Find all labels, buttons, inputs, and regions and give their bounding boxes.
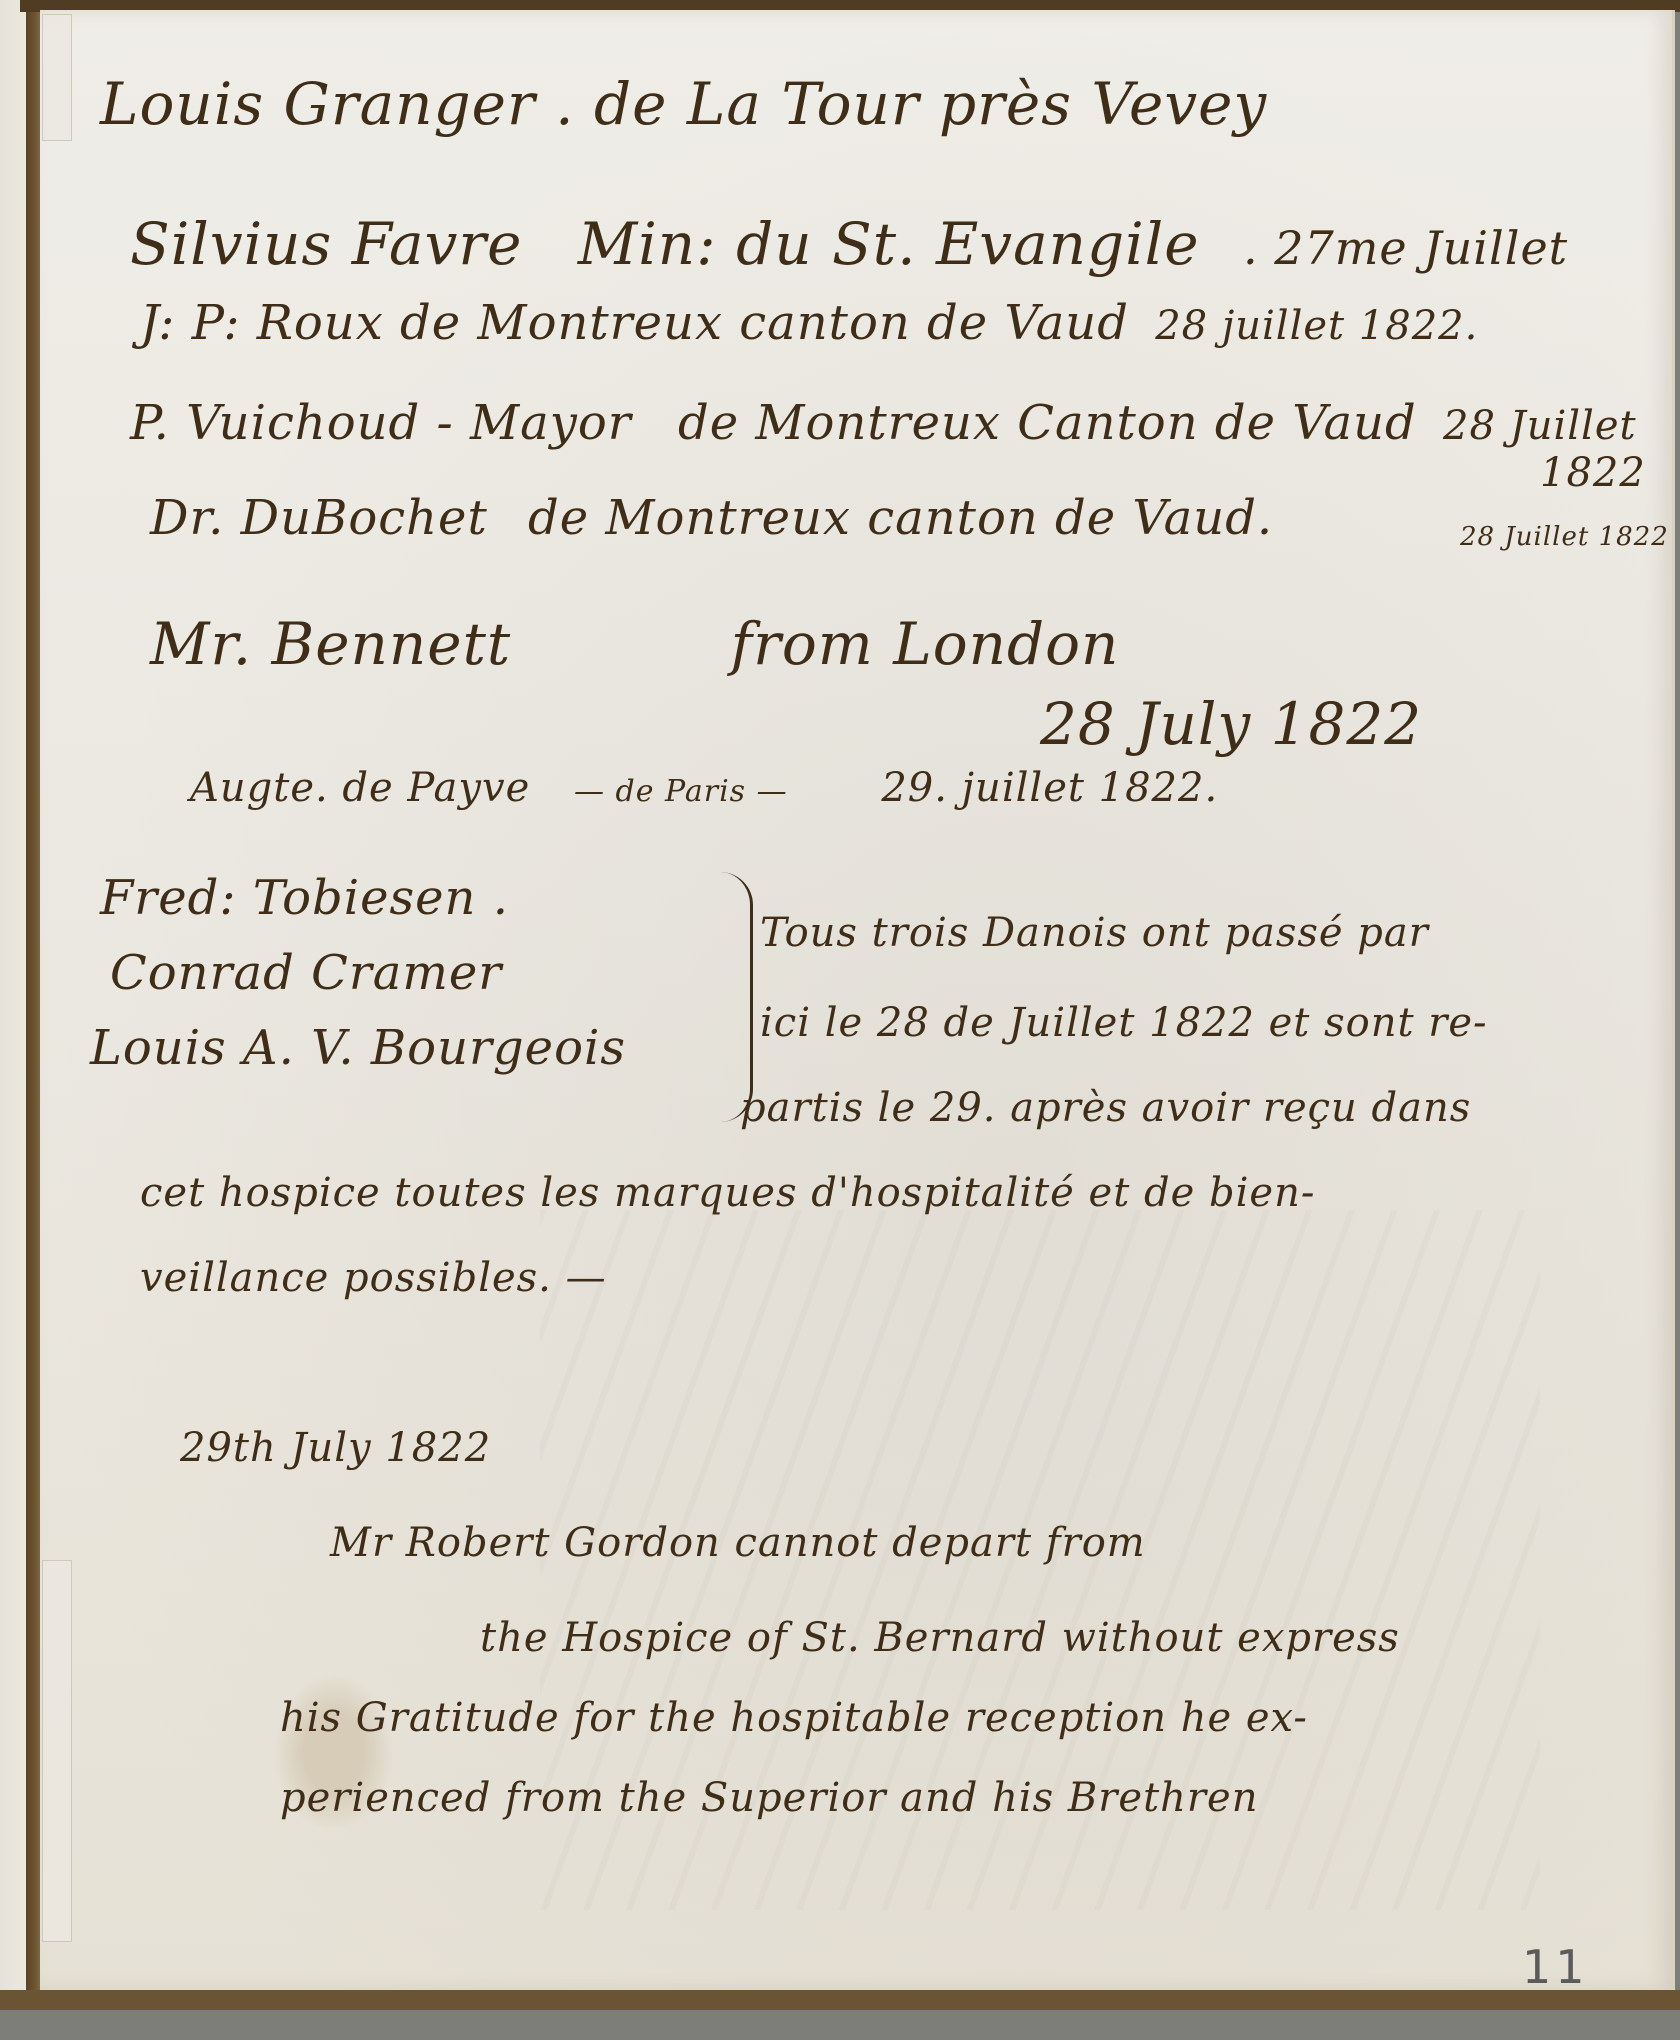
- danes-name-3: Louis A. V. Bourgeois: [90, 1020, 626, 1076]
- repair-tape-bottom: [42, 1560, 72, 1942]
- danes-note-line-4: cet hospice toutes les marques d'hospita…: [140, 1170, 1315, 1216]
- entry-name: Mr. Bennett: [150, 610, 511, 678]
- entry-detail: Min: du St. Evangile: [578, 210, 1200, 278]
- danes-name-1: Fred: Tobiesen .: [100, 870, 509, 926]
- entry-vuichoud: P. Vuichoud - Mayor de Montreux Canton d…: [130, 395, 1637, 451]
- entry-gordon-date: 29th July 1822: [180, 1425, 491, 1471]
- repair-tape-top: [42, 14, 72, 141]
- entry-name: P. Vuichoud - Mayor: [130, 395, 632, 451]
- manuscript-page: Louis Granger . de La Tour près Vevey Si…: [40, 10, 1675, 1990]
- entry-name: Silvius Favre: [130, 210, 522, 278]
- entry-detail: from London: [731, 610, 1120, 678]
- cover-edge-bottom: [0, 1990, 1680, 2010]
- danes-note-line-2: ici le 28 de Juillet 1822 et sont re-: [760, 1000, 1488, 1046]
- entry-date: 28 Juillet: [1443, 403, 1637, 449]
- gordon-line-1: Mr Robert Gordon cannot depart from: [330, 1520, 1146, 1566]
- entry-bennett: Mr. Bennett from London: [150, 610, 1119, 678]
- entry-granger: Louis Granger . de La Tour près Vevey: [100, 70, 1267, 138]
- entry-vuichoud-year: 1822: [1540, 450, 1646, 496]
- entry-payve: Augte. de Payve — de Paris — 29. juillet…: [190, 765, 1218, 811]
- entry-name: J: P: Roux: [140, 295, 384, 351]
- danes-note-line-3: partis le 29. après avoir reçu dans: [740, 1085, 1471, 1131]
- entry-name: Dr. DuBochet: [150, 490, 488, 546]
- danes-note-line-5: veillance possibles. —: [140, 1255, 607, 1301]
- entry-date: 28 juillet 1822.: [1155, 303, 1478, 349]
- gordon-line-2: the Hospice of St. Bernard without expre…: [480, 1615, 1400, 1661]
- entry-date: 29. juillet 1822.: [881, 765, 1218, 811]
- entry-detail: de Montreux Canton de Vaud: [678, 395, 1417, 451]
- entry-name: Augte. de Payve: [190, 765, 530, 811]
- entry-bennett-date: 28 July 1822: [1040, 690, 1422, 758]
- danes-name-2: Conrad Cramer: [110, 945, 502, 1001]
- entry-dubochet-date: 28 Juillet 1822: [1460, 522, 1669, 552]
- entry-dubochet: Dr. DuBochet de Montreux canton de Vaud.: [150, 490, 1273, 546]
- entry-date: . 27me Juillet: [1243, 221, 1568, 275]
- entry-detail: — de Paris —: [574, 774, 788, 809]
- entry-detail: de Montreux canton de Vaud: [400, 295, 1129, 351]
- gordon-line-4: perienced from the Superior and his Bret…: [280, 1775, 1258, 1821]
- danes-note-line-1: Tous trois Danois ont passé par: [760, 910, 1429, 956]
- entry-roux: J: P: Roux de Montreux canton de Vaud 28…: [140, 295, 1478, 351]
- page-number: 11: [1522, 1940, 1589, 1994]
- gordon-line-3: his Gratitude for the hospitable recepti…: [280, 1695, 1308, 1741]
- entry-favre: Silvius Favre Min: du St. Evangile . 27m…: [130, 210, 1568, 278]
- entry-detail: de Montreux canton de Vaud.: [528, 490, 1273, 546]
